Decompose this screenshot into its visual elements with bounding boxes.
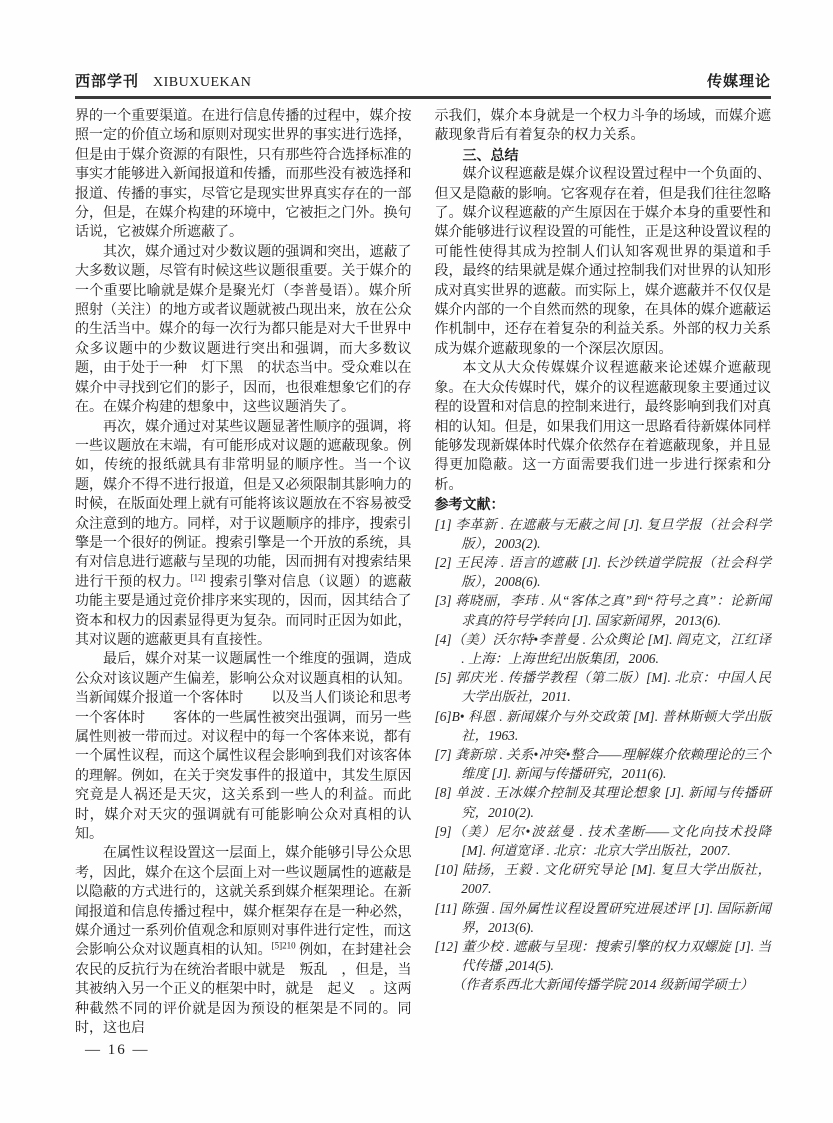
- reference-item: [5] 郭庆光 . 传播学教程（第二版）[M]. 北京：中国人民大学出版社，20…: [435, 668, 772, 706]
- body-paragraph: 其次，媒介通过对少数议题的强调和突出，遮蔽了大多数议题，尽管有时候这些议题很重要…: [75, 243, 412, 418]
- reference-item: [12] 董少校 . 遮蔽与呈现：搜索引擎的权力双螺旋 [J]. 当代传播 ,2…: [435, 937, 772, 975]
- section-label: 传媒理论: [707, 70, 771, 91]
- journal-title-group: 西部学刊 XIBUXUEKAN: [75, 70, 251, 91]
- references-heading: 参考文献：: [435, 495, 772, 514]
- page-header: 西部学刊 XIBUXUEKAN 传媒理论: [75, 70, 771, 96]
- left-column: 界的一个重要渠道。在进行信息传播的过程中，媒介按照一定的价值立场和原则对现实世界…: [75, 107, 412, 1039]
- journal-name-pinyin: XIBUXUEKAN: [153, 75, 251, 91]
- body-paragraph: 再次，媒介通过对某些议题显著性顺序的强调，将一些议题放在末端，有可能形成对议题的…: [75, 418, 412, 651]
- right-column: 示我们，媒介本身就是一个权力斗争的场域，而媒介遮蔽现象背后有着复杂的权力关系。 …: [435, 107, 772, 1039]
- reference-item: [8] 单波 . 王冰媒介控制及其理论想象 [J]. 新闻与传播研究，2010(…: [435, 783, 772, 821]
- body-paragraph: 媒介议程遮蔽是媒介议程设置过程中一个负面的、但又是隐蔽的影响。它客观存在着，但是…: [435, 165, 772, 359]
- paragraph-text: 在属性议程设置这一层面上，媒介能够引导公众思考，因此，媒介在这个层面上对一些议题…: [75, 846, 412, 958]
- body-paragraph: 示我们，媒介本身就是一个权力斗争的场域，而媒介遮蔽现象背后有着复杂的权力关系。: [435, 107, 772, 146]
- reference-item: [7] 龚新琼 . 关系•冲突•整合——理解媒介依赖理论的三个维度 [J]. 新…: [435, 745, 772, 783]
- body-paragraph: 最后，媒介对某一议题属性一个维度的强调，造成公众对该议题产生偏差，影响公众对议题…: [75, 650, 412, 844]
- two-column-body: 界的一个重要渠道。在进行信息传播的过程中，媒介按照一定的价值立场和原则对现实世界…: [75, 107, 771, 1039]
- body-paragraph: 本文从大众传媒媒介议程遮蔽来论述媒介遮蔽现象。在大众传媒时代，媒介的议程遮蔽现象…: [435, 359, 772, 495]
- summary-heading: 三、总结: [435, 146, 772, 165]
- reference-item: [11] 陈强 . 国外属性议程设置研究进展述评 [J]. 国际新闻界，2013…: [435, 899, 772, 937]
- reference-list: [1] 李革新 . 在遮蔽与无蔽之间 [J]. 复旦学报（社会科学版），2003…: [435, 515, 772, 976]
- reference-item: [4]（美）沃尔特•李普曼 . 公众舆论 [M]. 阎克文，江红译 . 上海：上…: [435, 630, 772, 668]
- author-note: （作者系西北大新闻传播学院 2014 级新闻学硕士）: [435, 975, 772, 994]
- reference-item: [2] 王民涛 . 语言的遮蔽 [J]. 长沙铁道学院报（社会科学版），2008…: [435, 553, 772, 591]
- journal-page: 西部学刊 XIBUXUEKAN 传媒理论 界的一个重要渠道。在进行信息传播的过程…: [0, 0, 833, 1123]
- reference-item: [6]B• 科恩 . 新闻媒介与外交政策 [M]. 普林斯顿大学出版社，1963…: [435, 707, 772, 745]
- page-number: — 16 —: [85, 1042, 150, 1059]
- citation-superscript: [5]210: [272, 941, 296, 951]
- header-rule: [75, 96, 771, 99]
- paragraph-text: 再次，媒介通过对某些议题显著性顺序的强调，将一些议题放在末端，有可能形成对议题的…: [75, 420, 412, 590]
- citation-superscript: [12]: [191, 572, 206, 582]
- reference-item: [9]（美）尼尔•波兹曼 . 技术垄断——文化向技术投降 [M]. 何道宽译 .…: [435, 822, 772, 860]
- journal-name-chinese: 西部学刊: [75, 70, 139, 91]
- body-paragraph: 在属性议程设置这一层面上，媒介能够引导公众思考，因此，媒介在这个层面上对一些议题…: [75, 844, 412, 1038]
- page-content: 西部学刊 XIBUXUEKAN 传媒理论 界的一个重要渠道。在进行信息传播的过程…: [75, 70, 771, 1039]
- reference-item: [1] 李革新 . 在遮蔽与无蔽之间 [J]. 复旦学报（社会科学版），2003…: [435, 515, 772, 553]
- reference-item: [10] 陆扬，王毅 . 文化研究导论 [M]. 复旦大学出版社，2007.: [435, 860, 772, 898]
- body-paragraph: 界的一个重要渠道。在进行信息传播的过程中，媒介按照一定的价值立场和原则对现实世界…: [75, 107, 412, 243]
- reference-item: [3] 蒋晓丽，李玮 . 从“客体之真”到“符号之真”：论新闻求真的符号学转向 …: [435, 591, 772, 629]
